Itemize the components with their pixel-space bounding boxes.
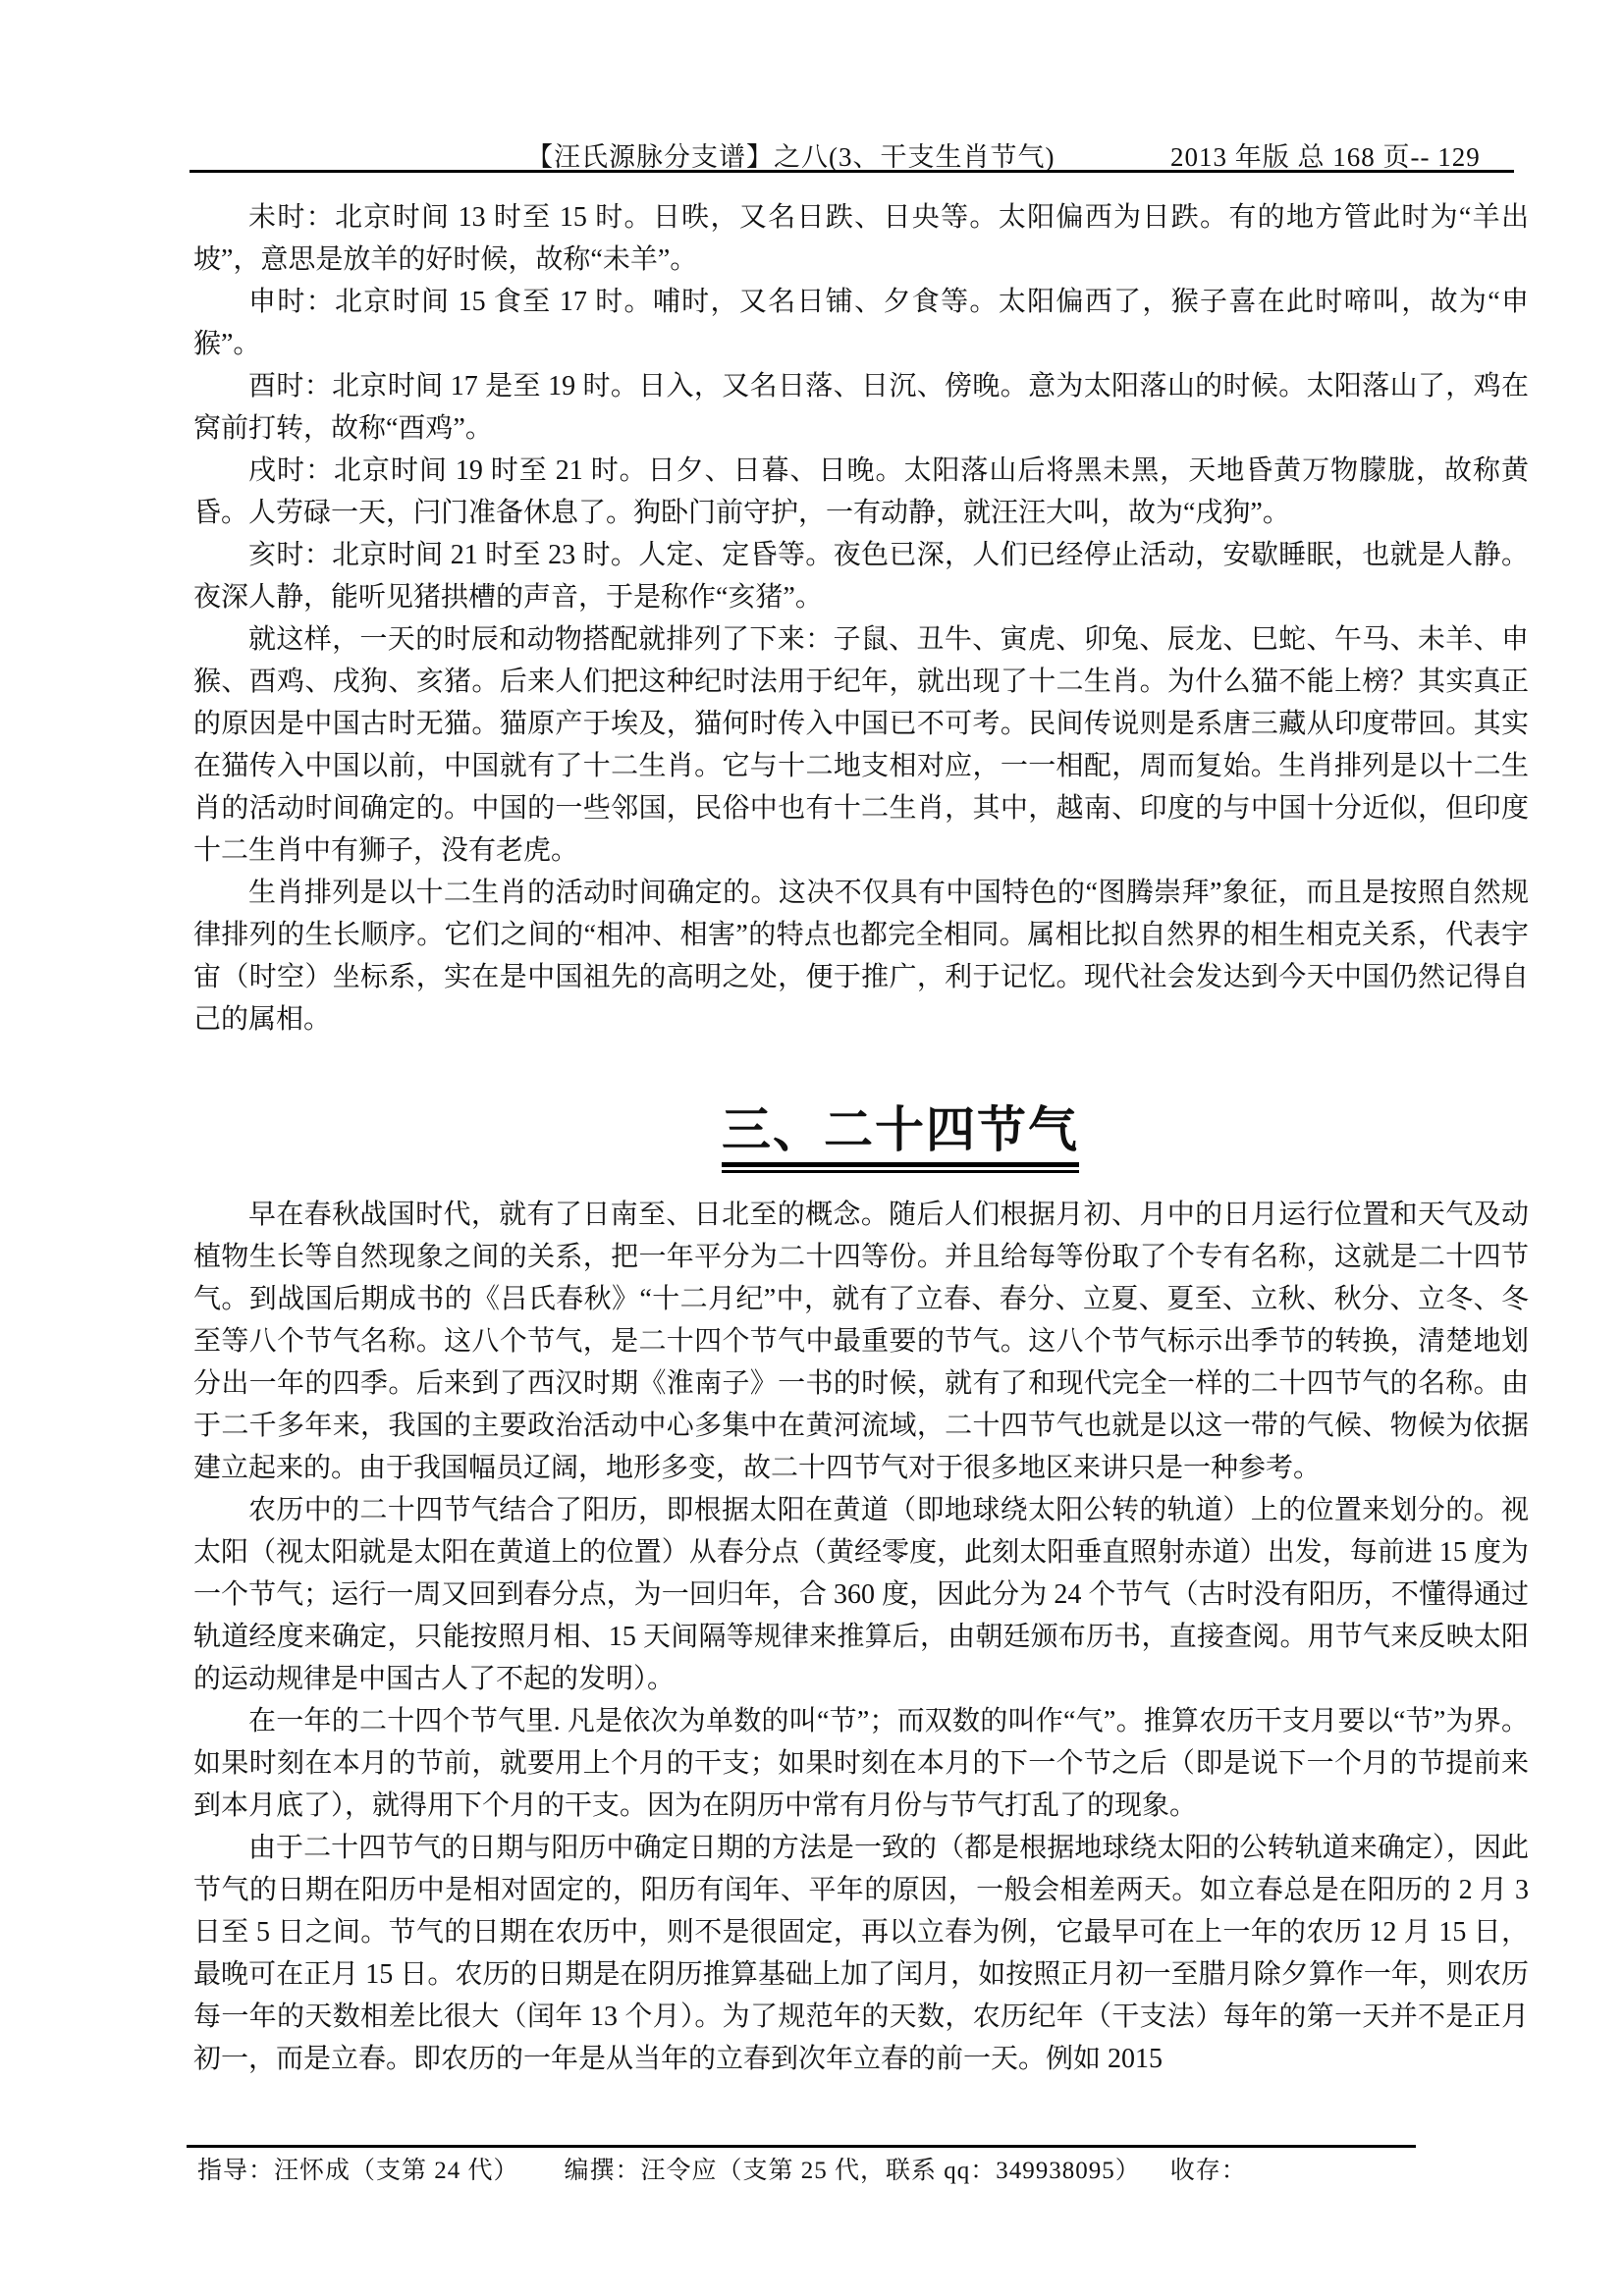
paragraph-zodiac-order: 就这样，一天的时辰和动物搭配就排列了下来：子鼠、丑牛、寅虎、卯兔、辰龙、巳蛇、午… [193, 618, 1529, 872]
footer-supervisor: 指导：汪怀成（支第 24 代） [197, 2158, 519, 2184]
footer-rule [187, 2145, 1416, 2148]
footer-keeper: 收存： [1170, 2158, 1247, 2184]
header-rule [189, 170, 1514, 173]
page-header-title: 【汪氏源脉分支谱】之八(3、干支生肖节气) [526, 135, 1055, 174]
paragraph-solar-terms-dates: 由于二十四节气的日期与阳历中确定日期的方法是一致的（都是根据地球绕太阳的公转轨道… [193, 1827, 1529, 2080]
paragraph-zodiac-totem: 生肖排列是以十二生肖的活动时间确定的。这决不仅具有中国特色的“图腾崇拜”象征，而… [193, 872, 1529, 1041]
page-footer: 指导：汪怀成（支第 24 代）编撰：汪令应（支第 25 代，联系 qq：3499… [197, 2151, 1247, 2186]
scanned-book-page: 【汪氏源脉分支谱】之八(3、干支生肖节气) 2013 年版 总 168 页-- … [0, 0, 1624, 2296]
paragraph-haishi: 亥时：北京时间 21 时至 23 时。人定、定昏等。夜色已深，人们已经停止活动，… [193, 534, 1529, 618]
paragraph-solar-terms-history: 早在春秋战国时代，就有了日南至、日北至的概念。随后人们根据月初、月中的日月运行位… [193, 1194, 1529, 1489]
body-text: 未时：北京时间 13 时至 15 时。日昳，又名日跌、日央等。太阳偏西为日跌。有… [193, 196, 1529, 2080]
paragraph-weishi: 未时：北京时间 13 时至 15 时。日昳，又名日跌、日央等。太阳偏西为日跌。有… [193, 196, 1529, 281]
paragraph-xushi: 戌时：北京时间 19 时至 21 时。日夕、日暮、日晚。太阳落山后将黑未黑，天地… [193, 450, 1529, 534]
paragraph-jie-and-qi: 在一年的二十四个节气里. 凡是依次为单数的叫“节”；而双数的叫作“气”。推算农历… [193, 1700, 1529, 1827]
paragraph-shenshi: 申时：北京时间 15 食至 17 时。哺时，又名日铺、夕食等。太阳偏西了，猴子喜… [193, 281, 1529, 365]
paragraph-solar-terms-ecliptic: 农历中的二十四节气结合了阳历，即根据太阳在黄道（即地球绕太阳公转的轨道）上的位置… [193, 1489, 1529, 1700]
page-header-edition: 2013 年版 总 168 页-- 129 [1170, 135, 1481, 174]
footer-editor: 编撰：汪令应（支第 25 代，联系 qq：349938095） [565, 2158, 1141, 2184]
section-heading: 三、二十四节气 [193, 1102, 1529, 1173]
section-heading-text: 三、二十四节气 [722, 1102, 1079, 1167]
paragraph-youshi: 酉时：北京时间 17 是至 19 时。日入，又名日落、日沉、傍晚。意为太阳落山的… [193, 365, 1529, 450]
